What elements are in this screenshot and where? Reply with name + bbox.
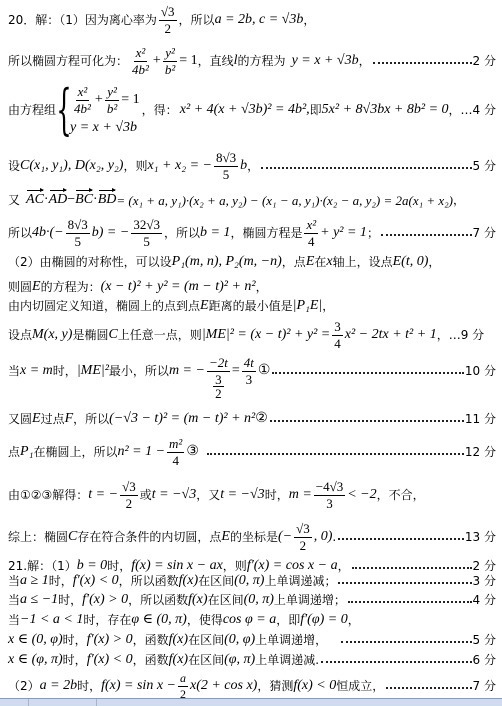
circled-3-icon: ③ <box>186 445 199 459</box>
p20-line-14: 由①②③解得： t = − √3 2 或 t = −√3 ，又 t = −√3 … <box>8 478 496 512</box>
p20-line-6: 所以 4b·(− 8√3 5 b) = − 32√3 5 ，所以 b = 1 ，… <box>8 216 496 250</box>
leader-dots <box>272 372 463 374</box>
p20-line-8: 则圆 E 的方程为： (x − t)² + y² = (m − t)² + n²… <box>8 277 496 297</box>
p20-line-1: 20．解：（1）因为离心率为 √3 2 ，所以 a = 2b, c = √3b … <box>8 4 496 36</box>
p20-line-9: 由内切圆定义知道，椭圆上的点到点 E 距离的最小值是 |P₁E| ， <box>8 297 496 315</box>
p20-line-2: 所以椭圆方程可化为： x² 4b² + y² b² = 1 ，直线 l 的方程为… <box>8 44 496 78</box>
score-label: 2 分 <box>473 55 496 67</box>
status-bar-segment <box>0 699 29 706</box>
p20-line-4: 设 C(x₁, y₁), D(x₂, y₂) ，则 x₁ + x₂ = − 8√… <box>8 150 496 182</box>
nested-fraction: −2t 3 2 <box>207 354 230 401</box>
leader-dots <box>338 582 471 584</box>
leader-dots <box>352 567 472 569</box>
p21-line-7: （2） a = 2b 时， f(x) = sin x − a 2 x(2 + c… <box>8 672 496 700</box>
document-page: 20．解：（1）因为离心率为 √3 2 ，所以 a = 2b, c = √3b … <box>0 0 502 698</box>
left-brace-icon: { <box>61 85 66 135</box>
vector-AD: AD <box>49 193 68 207</box>
leader-dots <box>386 687 471 689</box>
status-bar <box>0 698 502 706</box>
leader-dots <box>261 167 471 169</box>
vector-BD: BD <box>98 193 117 207</box>
p21-line-6: x ∈ (φ, π) 时， f′(x) < 0 ，函数 f(x) 在区间 (φ,… <box>8 651 496 669</box>
leader-dots <box>381 234 472 236</box>
leader-dots <box>270 420 464 422</box>
leader-dots <box>321 661 472 663</box>
circled-1-icon: ① <box>258 364 271 378</box>
leader-dots <box>338 538 464 540</box>
p20-l1-prefix: 20．解：（1）因为离心率为 <box>8 14 157 26</box>
p21-line-2: 当 a ≥ 1 时， f′(x) < 0 ，所以函数 f(x) 在区间 (0, … <box>8 572 496 590</box>
p20-line-11: 当 x = m 时， |ME|² 最小，所以 m = − −2t 3 2 = 4… <box>8 354 496 406</box>
equation-system: { x² 4b² + y² b² = 1 y = x + √3b <box>58 85 140 135</box>
p21-line-5: x ∈ (0, φ) 时， f′(x) > 0 ，函数 f(x) 在区间 (0,… <box>8 631 496 649</box>
eccentricity-fraction: √3 2 <box>159 5 177 35</box>
p20-line-10: 设点 M(x, y) 是椭圆 C 上任意一点，则 |ME|² = (x − t)… <box>8 318 496 352</box>
leader-dots <box>348 601 472 603</box>
p21-line-3: 当 a ≤ −1 时， f′(x) > 0 ，所以函数 f(x) 在区间 (0,… <box>8 591 496 609</box>
vector-AC: AC <box>26 193 44 207</box>
leader-dots <box>373 62 472 64</box>
p21-line-4: 当 −1 < a < 1 时，存在 φ ∈ (0, π) ，使得 cos φ =… <box>8 611 496 629</box>
status-bar-segment <box>29 699 97 706</box>
ellipse-frac-x: x² 4b² <box>130 46 151 76</box>
p20-l1-math: a = 2b, c = √3b <box>215 13 304 27</box>
p20-line-3: 由方程组 { x² 4b² + y² b² = 1 y = x + <box>8 82 496 138</box>
p20-line-7: （2）由椭圆的对称性，可以设 P₁(m, n), P₂(m, −n) ，点 E … <box>8 253 496 271</box>
p20-line-12: 又圆 E 过点 F ，所以 (−√3 − t)² = (m − t)² + n²… <box>8 409 496 429</box>
leader-dots <box>341 641 471 643</box>
p20-line-5: 又 AC · AD − BC · BD = (x₁ + a, y₁)·(x₂ +… <box>8 190 496 210</box>
p20-line-15: 综上：椭圆 C 存在符合条件的内切圆，点 E 的坐标是 (− √3 2 , 0)… <box>8 520 496 554</box>
p20-line-13: 点 P₁ 在椭圆上，所以 n² = 1 − m² 4 ③ 12 分 <box>8 436 496 468</box>
circled-2-icon: ② <box>255 412 268 426</box>
ellipse-frac-y: y² b² <box>163 46 177 76</box>
leader-dots <box>207 453 464 455</box>
vector-BC: BC <box>75 193 93 207</box>
